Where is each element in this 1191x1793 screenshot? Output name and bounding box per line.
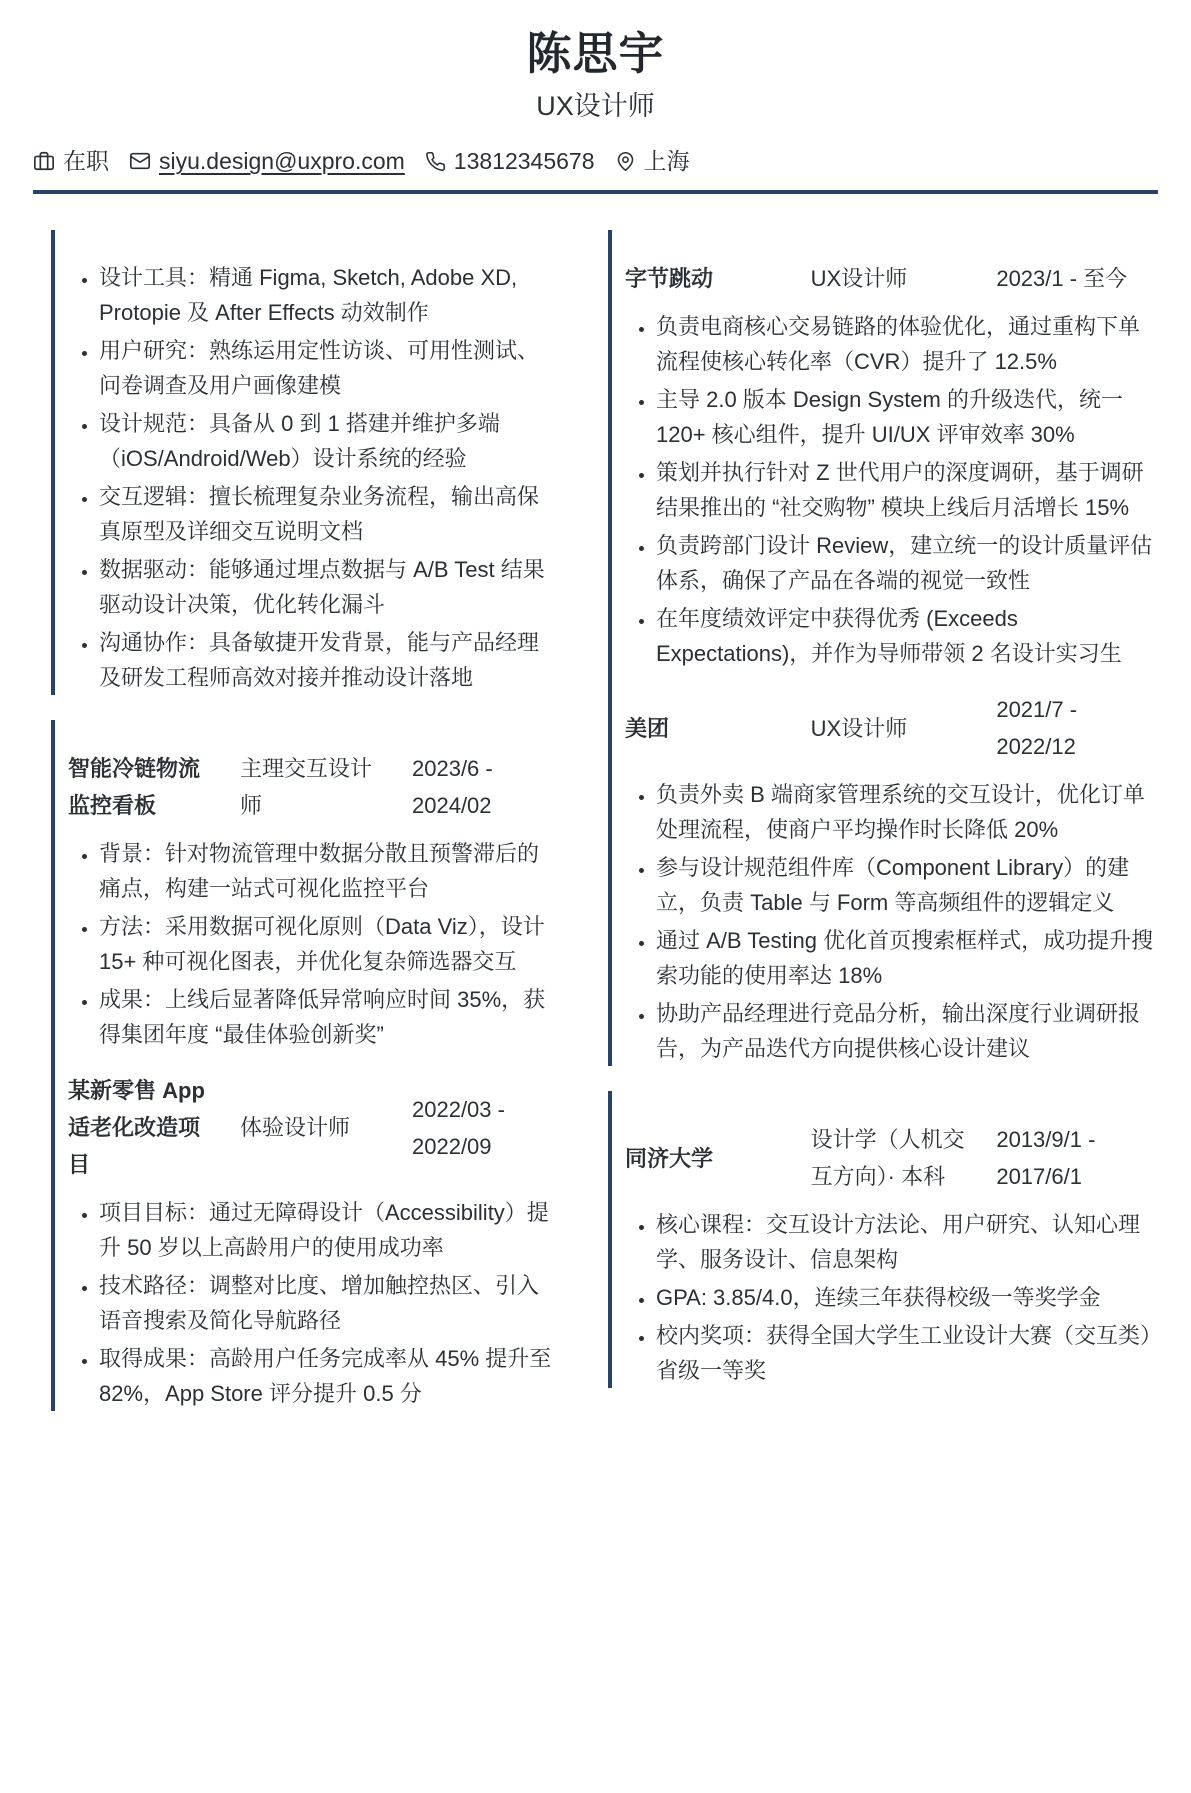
resume-columns: 设计工具：精通 Figma, Sketch, Adobe XD, Protopi… xyxy=(33,230,1158,1411)
bullet-item: 技术路径：调整对比度、增加触控热区、引入语音搜索及简化导航路径 xyxy=(99,1268,560,1338)
job-role: UX设计师 xyxy=(811,710,973,747)
bullet-item: 背景：针对物流管理中数据分散且预警滞后的痛点，构建一站式可视化监控平台 xyxy=(99,836,560,906)
bullet-item: 项目目标：通过无障碍设计（Accessibility）提升 50 岁以上高龄用户… xyxy=(99,1195,560,1265)
project-name: 某新零售 App 适老化改造项目 xyxy=(68,1072,216,1183)
project-date: 2023/6 - 2024/02 xyxy=(412,750,560,824)
bullet-item: 参与设计规范组件库（Component Library）的建立，负责 Table… xyxy=(656,850,1158,920)
job-date: 2021/7 - 2022/12 xyxy=(996,691,1158,765)
experience-bullets: 负责电商核心交易链路的体验优化，通过重构下单流程使核心转化率（CVR）提升了 1… xyxy=(625,309,1158,671)
resume-header: 陈思宇 UX设计师 在职 siyu.design@uxpro.com 13812… xyxy=(33,26,1158,194)
project-header: 某新零售 App 适老化改造项目 体验设计师 2022/03 - 2022/09 xyxy=(68,1072,560,1183)
project-entry: 智能冷链物流监控看板 主理交互设计师 2023/6 - 2024/02 背景：针… xyxy=(68,750,560,1052)
bullet-item: 协助产品经理进行竞品分析，输出深度行业调研报告，为产品迭代方向提供核心设计建议 xyxy=(656,996,1158,1066)
company-name: 字节跳动 xyxy=(625,260,787,297)
bullet-item: 通过 A/B Testing 优化首页搜索框样式，成功提升搜索功能的使用率达 1… xyxy=(656,923,1158,993)
education-section: 同济大学 设计学（人机交互方向）· 本科 2013/9/1 - 2017/6/1… xyxy=(608,1091,1158,1388)
experience-header: 字节跳动 UX设计师 2023/1 - 至今 xyxy=(625,260,1158,297)
project-role: 主理交互设计师 xyxy=(240,750,388,824)
bullet-item: 校内奖项：获得全国大学生工业设计大赛（交互类）省级一等奖 xyxy=(656,1318,1158,1388)
experience-header: 美团 UX设计师 2021/7 - 2022/12 xyxy=(625,691,1158,765)
skill-item: 设计规范：具备从 0 到 1 搭建并维护多端（iOS/Android/Web）设… xyxy=(99,406,560,476)
job-role: UX设计师 xyxy=(811,260,973,297)
phone-number: 13812345678 xyxy=(454,147,595,175)
skill-item: 沟通协作：具备敏捷开发背景，能与产品经理及研发工程师高效对接并推动设计落地 xyxy=(99,625,560,695)
bullet-item: 策划并执行针对 Z 世代用户的深度调研，基于调研结果推出的 “社交购物” 模块上… xyxy=(656,455,1158,525)
email-link[interactable]: siyu.design@uxpro.com xyxy=(159,147,405,175)
location-label: 上海 xyxy=(644,147,690,175)
company-name: 美团 xyxy=(625,710,787,747)
candidate-name: 陈思宇 xyxy=(33,26,1158,82)
school-name: 同济大学 xyxy=(625,1140,787,1177)
contact-location: 上海 xyxy=(615,147,690,175)
bullet-item: 核心课程：交互设计方法论、用户研究、认知心理学、服务设计、信息架构 xyxy=(656,1207,1158,1277)
project-bullets: 项目目标：通过无障碍设计（Accessibility）提升 50 岁以上高龄用户… xyxy=(68,1195,560,1411)
project-date: 2022/03 - 2022/09 xyxy=(412,1091,560,1165)
phone-icon xyxy=(425,151,446,172)
education-entry: 同济大学 设计学（人机交互方向）· 本科 2013/9/1 - 2017/6/1… xyxy=(625,1121,1158,1388)
mail-icon xyxy=(129,150,151,172)
candidate-title: UX设计师 xyxy=(33,90,1158,122)
project-entry: 某新零售 App 适老化改造项目 体验设计师 2022/03 - 2022/09… xyxy=(68,1072,560,1411)
experience-entry: 字节跳动 UX设计师 2023/1 - 至今 负责电商核心交易链路的体验优化，通… xyxy=(625,260,1158,671)
contact-row: 在职 siyu.design@uxpro.com 13812345678 上海 xyxy=(33,147,1158,175)
degree-label: 设计学（人机交互方向）· 本科 xyxy=(811,1121,973,1195)
bullet-item: 成果：上线后显著降低异常响应时间 35%，获得集团年度 “最佳体验创新奖” xyxy=(99,982,560,1052)
right-column: 字节跳动 UX设计师 2023/1 - 至今 负责电商核心交易链路的体验优化，通… xyxy=(608,230,1158,1388)
project-name: 智能冷链物流监控看板 xyxy=(68,750,216,824)
project-bullets: 背景：针对物流管理中数据分散且预警滞后的痛点，构建一站式可视化监控平台 方法：采… xyxy=(68,836,560,1052)
bullet-item: 在年度绩效评定中获得优秀 (Exceeds Expectations)，并作为导… xyxy=(656,601,1158,671)
bullet-item: 负责跨部门设计 Review，建立统一的设计质量评估体系，确保了产品在各端的视觉… xyxy=(656,528,1158,598)
project-role: 体验设计师 xyxy=(240,1109,388,1146)
skill-item: 用户研究：熟练运用定性访谈、可用性测试、问卷调查及用户画像建模 xyxy=(99,333,560,403)
education-header: 同济大学 设计学（人机交互方向）· 本科 2013/9/1 - 2017/6/1 xyxy=(625,1121,1158,1195)
job-date: 2023/1 - 至今 xyxy=(996,260,1158,297)
skills-section: 设计工具：精通 Figma, Sketch, Adobe XD, Protopi… xyxy=(51,230,560,695)
skill-item: 数据驱动：能够通过埋点数据与 A/B Test 结果驱动设计决策，优化转化漏斗 xyxy=(99,552,560,622)
status-label: 在职 xyxy=(63,147,109,175)
bullet-item: 负责外卖 B 端商家管理系统的交互设计，优化订单处理流程，使商户平均操作时长降低… xyxy=(656,777,1158,847)
map-pin-icon xyxy=(615,151,636,172)
bullet-item: 方法：采用数据可视化原则（Data Viz），设计 15+ 种可视化图表，并优化… xyxy=(99,909,560,979)
skills-list: 设计工具：精通 Figma, Sketch, Adobe XD, Protopi… xyxy=(68,260,560,695)
header-divider xyxy=(33,190,1158,194)
contact-phone: 13812345678 xyxy=(425,147,595,175)
bullet-item: GPA: 3.85/4.0，连续三年获得校级一等奖学金 xyxy=(656,1280,1158,1315)
education-date: 2013/9/1 - 2017/6/1 xyxy=(996,1121,1158,1195)
bullet-item: 负责电商核心交易链路的体验优化，通过重构下单流程使核心转化率（CVR）提升了 1… xyxy=(656,309,1158,379)
projects-section: 智能冷链物流监控看板 主理交互设计师 2023/6 - 2024/02 背景：针… xyxy=(51,720,560,1411)
experience-section: 字节跳动 UX设计师 2023/1 - 至今 负责电商核心交易链路的体验优化，通… xyxy=(608,230,1158,1066)
skill-item: 交互逻辑：擅长梳理复杂业务流程，输出高保真原型及详细交互说明文档 xyxy=(99,479,560,549)
contact-status: 在职 xyxy=(33,147,109,175)
project-header: 智能冷链物流监控看板 主理交互设计师 2023/6 - 2024/02 xyxy=(68,750,560,824)
experience-bullets: 负责外卖 B 端商家管理系统的交互设计，优化订单处理流程，使商户平均操作时长降低… xyxy=(625,777,1158,1066)
left-column: 设计工具：精通 Figma, Sketch, Adobe XD, Protopi… xyxy=(33,230,560,1411)
briefcase-icon xyxy=(33,150,55,172)
bullet-item: 取得成果：高龄用户任务完成率从 45% 提升至 82%，App Store 评分… xyxy=(99,1341,560,1411)
contact-email: siyu.design@uxpro.com xyxy=(129,147,405,175)
skill-item: 设计工具：精通 Figma, Sketch, Adobe XD, Protopi… xyxy=(99,260,560,330)
bullet-item: 主导 2.0 版本 Design System 的升级迭代，统一 120+ 核心… xyxy=(656,382,1158,452)
experience-entry: 美团 UX设计师 2021/7 - 2022/12 负责外卖 B 端商家管理系统… xyxy=(625,691,1158,1066)
resume-page: 陈思宇 UX设计师 在职 siyu.design@uxpro.com 13812… xyxy=(0,0,1191,1793)
education-bullets: 核心课程：交互设计方法论、用户研究、认知心理学、服务设计、信息架构 GPA: 3… xyxy=(625,1207,1158,1388)
